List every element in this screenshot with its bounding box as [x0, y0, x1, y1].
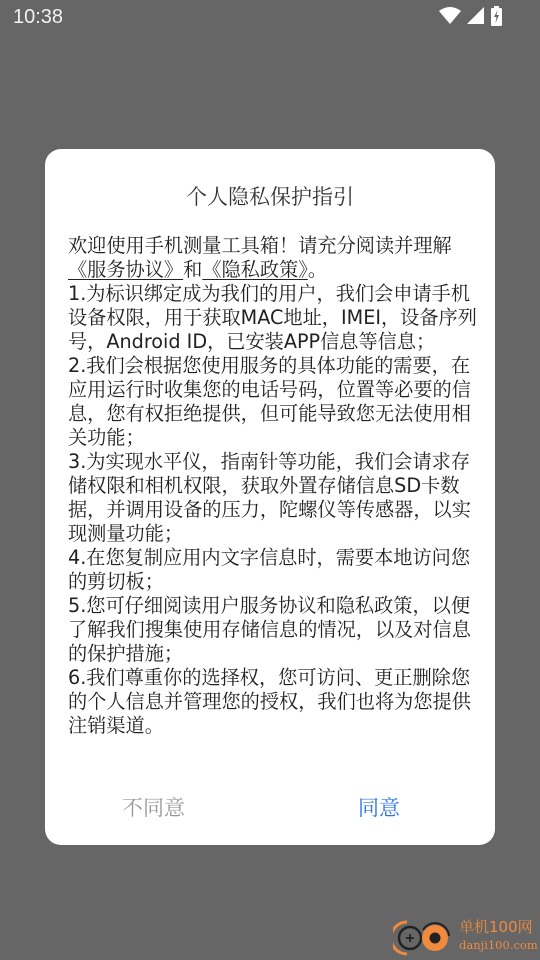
service-agreement-link[interactable]: 《服务协议》: [68, 258, 183, 281]
policy-item-6: 6.我们尊重你的选择权，您可访问、更正删除您的个人信息并管理您的授权，我们也将为…: [68, 666, 478, 738]
agree-button[interactable]: 同意: [358, 791, 400, 825]
watermark: 单机100网 danji100.com: [393, 914, 540, 960]
policy-item-1: 1.为标识绑定成为我们的用户，我们会申请手机设备权限，用于获取MAC地址，IME…: [68, 282, 478, 354]
dialog-actions: 不同意 同意: [45, 791, 495, 825]
policy-item-4: 4.在您复制应用内文字信息时，需要本地访问您的剪切板；: [68, 546, 478, 594]
intro-and: 和: [183, 258, 202, 281]
privacy-dialog: 个人隐私保护指引 欢迎使用手机测量工具箱！请充分阅读并理解《服务协议》和《隐私政…: [45, 149, 495, 845]
cellular-signal-icon: [467, 7, 485, 29]
dialog-body: 欢迎使用手机测量工具箱！请充分阅读并理解《服务协议》和《隐私政策》。 1.为标识…: [68, 234, 478, 738]
policy-item-3: 3.为实现水平仪，指南针等功能，我们会请求存储权限和相机权限，获取外置存储信息S…: [68, 450, 478, 546]
intro-prefix: 欢迎使用手机测量工具箱！请充分阅读并理解: [68, 234, 452, 257]
status-bar: 10:38: [0, 0, 540, 36]
intro-paragraph: 欢迎使用手机测量工具箱！请充分阅读并理解《服务协议》和《隐私政策》。: [68, 234, 478, 282]
policy-item-5: 5.您可仔细阅读用户服务协议和隐私政策，以便了解我们搜集使用存储信息的情况，以及…: [68, 594, 478, 666]
disagree-button[interactable]: 不同意: [122, 791, 185, 825]
watermark-domain: danji100.com: [459, 938, 538, 952]
intro-suffix: 。: [308, 258, 327, 281]
dialog-title: 个人隐私保护指引: [45, 181, 495, 211]
policy-item-2: 2.我们会根据您使用服务的具体功能的需要，在应用运行时收集您的电话号码，位置等必…: [68, 354, 478, 450]
watermark-brand: 单机100网: [459, 916, 533, 937]
wifi-icon: [439, 7, 461, 29]
privacy-policy-link[interactable]: 《隐私政策》: [202, 258, 308, 281]
status-time: 10:38: [13, 6, 63, 29]
battery-charging-icon: [491, 6, 502, 30]
status-icons: [439, 8, 502, 28]
watermark-logo-icon: [393, 914, 457, 960]
